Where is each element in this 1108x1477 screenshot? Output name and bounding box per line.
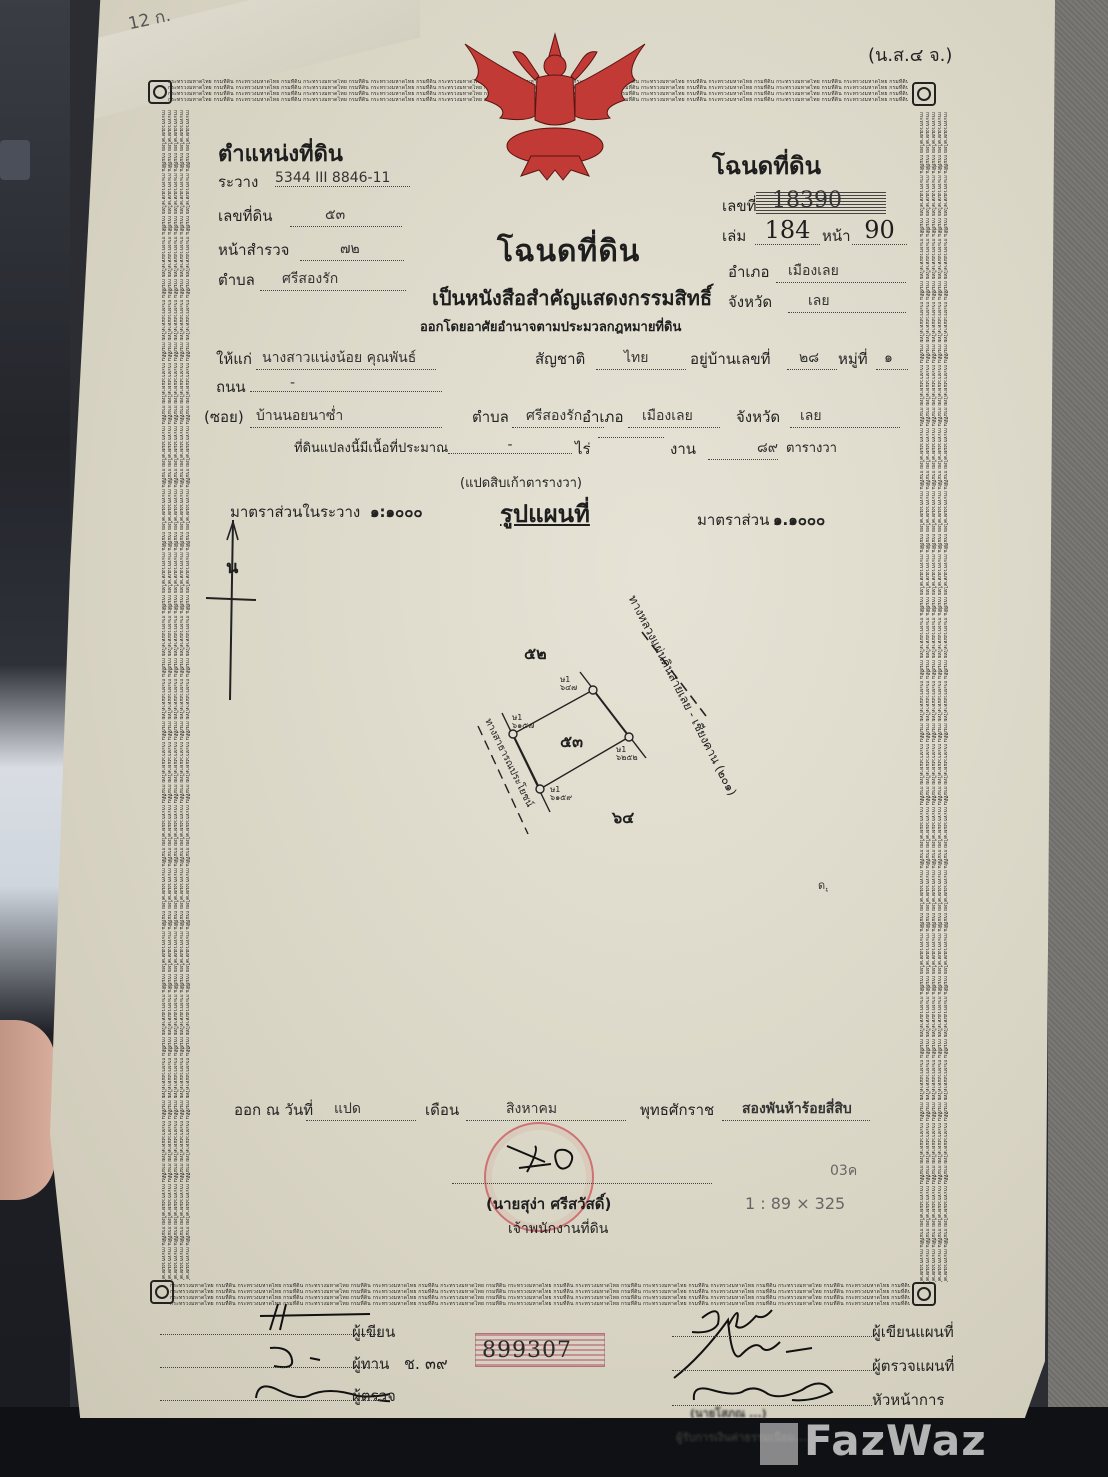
deed-district-label: อำเภอ xyxy=(728,260,769,284)
form-code: (น.ส.๔ จ.) xyxy=(868,40,952,69)
blurred-name: (นายโสภณ ...) xyxy=(690,1404,767,1422)
border-text-line: กระทรวงมหาดไทย กรมที่ดิน กระทรวงมหาดไทย … xyxy=(160,110,166,1280)
map-scale-label: มาตราส่วน xyxy=(697,508,769,532)
house-no-value: ๒๘ xyxy=(787,347,837,370)
handwritten-ratio: 1 : 89 × 325 xyxy=(745,1194,845,1213)
north-label: น xyxy=(226,552,238,581)
handwritten-code: 03ค xyxy=(830,1160,857,1182)
subdistrict-label-2: ตำบล xyxy=(472,405,509,429)
role-reviewer: ผู้ทาน xyxy=(352,1352,389,1376)
soi-label: (ซอย) xyxy=(204,405,244,429)
owner-name: นางสาวแน่งน้อย คุณพันธ์ xyxy=(256,347,436,370)
garuda-emblem-icon xyxy=(455,30,655,190)
form-reference: ช. ๓๙ xyxy=(404,1352,448,1377)
area-label: ที่ดินแปลงนี้มีเนื้อที่ประมาณ xyxy=(294,437,448,458)
given-to-label: ให้แก่ xyxy=(216,347,252,371)
role-inspector: ผู้ตรวจ xyxy=(352,1384,396,1408)
marker-number: ๖๑๕๗ xyxy=(512,722,534,730)
official-title: เจ้าพนักงานที่ดิน xyxy=(508,1218,608,1240)
book-value: 184 xyxy=(755,216,820,245)
boundary-marker: ษ1 ๖๒๕๒ xyxy=(616,746,638,762)
fazwaz-logo-icon xyxy=(760,1423,798,1465)
position-heading: ตำแหน่งที่ดิน xyxy=(218,136,343,171)
marker-number: ๖๔๗ xyxy=(560,684,577,692)
role-map-writer: ผู้เขียนแผนที่ xyxy=(872,1320,954,1344)
fazwaz-watermark: FazWaz xyxy=(760,1416,987,1465)
book-label: เล่ม xyxy=(722,224,746,248)
holding-finger xyxy=(0,1020,55,1200)
year-label: พุทธศักราช xyxy=(640,1098,714,1122)
area-rai-value: - xyxy=(448,437,572,454)
district-label-2: อำเภอ xyxy=(582,405,623,429)
deed-heading: โฉนดที่ดิน xyxy=(712,146,821,185)
parcel-no-value: ๕๓ xyxy=(290,204,402,227)
issue-month: สิงหาคม xyxy=(466,1098,626,1121)
road-label: ถนน xyxy=(216,375,246,399)
district-value-2: เมืองเลย xyxy=(628,405,720,428)
corner-ornament-icon xyxy=(148,80,172,104)
deed-number-label: เลขที่ xyxy=(722,194,756,218)
border-text-line: กระทรวงมหาดไทย กรมที่ดิน กระทรวงมหาดไทย … xyxy=(172,110,178,1280)
background-fabric-right xyxy=(1048,0,1108,1477)
marker-number: ๖๒๕๒ xyxy=(616,754,638,762)
road-value: - xyxy=(250,375,442,392)
area-rai-label: ไร่ xyxy=(575,437,591,461)
neighbor-parcel-north: ๕๒ xyxy=(524,642,547,667)
area-in-words: (แปดสิบเก้าตารางวา) xyxy=(460,472,582,493)
serial-number: 899307 xyxy=(482,1338,572,1363)
neighbor-parcel-south: ๖๔ xyxy=(612,806,634,831)
map-writer-line xyxy=(672,1336,872,1337)
watermark-text: FazWaz xyxy=(804,1416,987,1465)
role-writer: ผู้เขียน xyxy=(352,1320,395,1344)
moo-value: ๑ xyxy=(876,347,908,370)
border-text-line: กระทรวงมหาดไทย กรมที่ดิน กระทรวงมหาดไทย … xyxy=(924,112,930,1282)
official-name: (นายสุง่า ศรีสวัสดิ์) xyxy=(486,1192,611,1216)
role-map-inspector: ผู้ตรวจแผนที่ xyxy=(872,1354,954,1378)
border-text-line: กระทรวงมหาดไทย กรมที่ดิน กระทรวงมหาดไทย … xyxy=(166,110,172,1280)
map-scale-value: ๑.๑๐๐๐ xyxy=(773,508,825,532)
border-text-line: กระทรวงมหาดไทย กรมที่ดิน กระทรวงมหาดไทย … xyxy=(178,110,184,1280)
map-inspector-line xyxy=(672,1370,872,1371)
document-subtitle: เป็นหนังสือสำคัญแสดงกรรมสิทธิ์ xyxy=(432,282,712,314)
deed-district-value: เมืองเลย xyxy=(776,260,906,283)
survey-page-value: ๗๒ xyxy=(300,238,404,261)
border-text-line: กระทรวงมหาดไทย กรมที่ดิน กระทรวงมหาดไทย … xyxy=(918,112,924,1282)
soi-value: บ้านนอยนาซ่ำ xyxy=(250,405,442,428)
subdistrict-value: ศรีสองรัก xyxy=(260,268,406,291)
month-label: เดือน xyxy=(425,1098,459,1122)
corner-ornament-icon xyxy=(912,82,936,106)
page-value: 90 xyxy=(852,216,907,245)
issue-year: สองพันห้าร้อยสี่สิบ xyxy=(722,1098,870,1121)
boundary-marker: ษ1 ๖๑๕๙ xyxy=(550,786,572,802)
area-ngan-label: งาน xyxy=(670,437,696,461)
corner-ornament-icon xyxy=(150,1280,174,1304)
border-left: กระทรวงมหาดไทย กรมที่ดิน กระทรวงมหาดไทย … xyxy=(152,110,190,1280)
background-bag-left xyxy=(0,0,70,1477)
survey-page-label: หน้าสำรวจ xyxy=(218,238,289,262)
deed-number: 18390 xyxy=(772,188,842,213)
parcel-no-label: เลขที่ดิน xyxy=(218,204,272,228)
province-label-2: จังหวัด xyxy=(736,405,780,429)
area-sqwa-value: ๘๙ xyxy=(708,437,778,460)
north-arrow-icon xyxy=(200,520,260,700)
role-chief: หัวหน้าการ xyxy=(872,1388,944,1412)
sheet-scale-value: ๑:๑๐๐๐ xyxy=(370,500,423,524)
nationality-value: ไทย xyxy=(596,347,686,370)
corner-ornament-icon xyxy=(912,1282,936,1306)
nationality-label: สัญชาติ xyxy=(535,347,585,371)
moo-label: หมู่ที่ xyxy=(838,347,868,371)
subject-parcel-number: ๕๓ xyxy=(560,730,583,755)
official-signature xyxy=(505,1142,585,1182)
signature-line xyxy=(452,1183,712,1184)
marker-number: ๖๑๕๙ xyxy=(550,794,572,802)
border-right: กระทรวงมหาดไทย กรมที่ดิน กระทรวงมหาดไทย … xyxy=(910,112,948,1282)
handwritten-map-note: ด.ุ xyxy=(818,876,828,894)
sheet-label: ระวาง xyxy=(218,170,258,194)
page-label: หน้า xyxy=(822,224,851,248)
sheet-value: 5344 III 8846-11 xyxy=(275,170,410,187)
boundary-marker: ษ1 ๖๑๕๗ xyxy=(512,714,534,730)
reviewer-line xyxy=(160,1367,380,1368)
area-ngan-value xyxy=(598,437,664,438)
border-text-line: กระทรวงมหาดไทย กรมที่ดิน กระทรวงมหาดไทย … xyxy=(930,112,936,1282)
parcel-map-diagram xyxy=(460,580,790,840)
province-value-2: เลย xyxy=(790,405,900,428)
border-text-line: กระทรวงมหาดไทย กรมที่ดิน กระทรวงมหาดไทย … xyxy=(936,112,942,1282)
area-sqwa-label: ตารางวา xyxy=(786,437,837,458)
border-text-line: กระทรวงมหาดไทย กรมที่ดิน กระทรวงมหาดไทย … xyxy=(184,110,190,1280)
map-heading: รูปแผนที่ xyxy=(500,494,590,533)
issue-day: แปด xyxy=(306,1098,416,1121)
border-text-line: กระทรวงมหาดไทย กรมที่ดิน กระทรวงมหาดไทย … xyxy=(942,112,948,1282)
issued-label: ออก ณ วันที่ xyxy=(234,1098,313,1122)
writer-line xyxy=(160,1334,380,1335)
survey-signatures xyxy=(672,1296,862,1406)
house-no-label: อยู่บ้านเลขที่ xyxy=(690,347,770,371)
boundary-marker: ษ1 ๖๔๗ xyxy=(560,676,577,692)
deed-province-value: เลย xyxy=(788,290,906,313)
subdistrict-label: ตำบล xyxy=(218,268,255,292)
document-authority: ออกโดยอาศัยอำนาจตามประมวลกฎหมายที่ดิน xyxy=(420,316,681,337)
document-title: โฉนดที่ดิน xyxy=(497,228,640,275)
bag-strap xyxy=(0,140,30,180)
inspector-line xyxy=(160,1400,380,1401)
deed-province-label: จังหวัด xyxy=(728,290,772,314)
